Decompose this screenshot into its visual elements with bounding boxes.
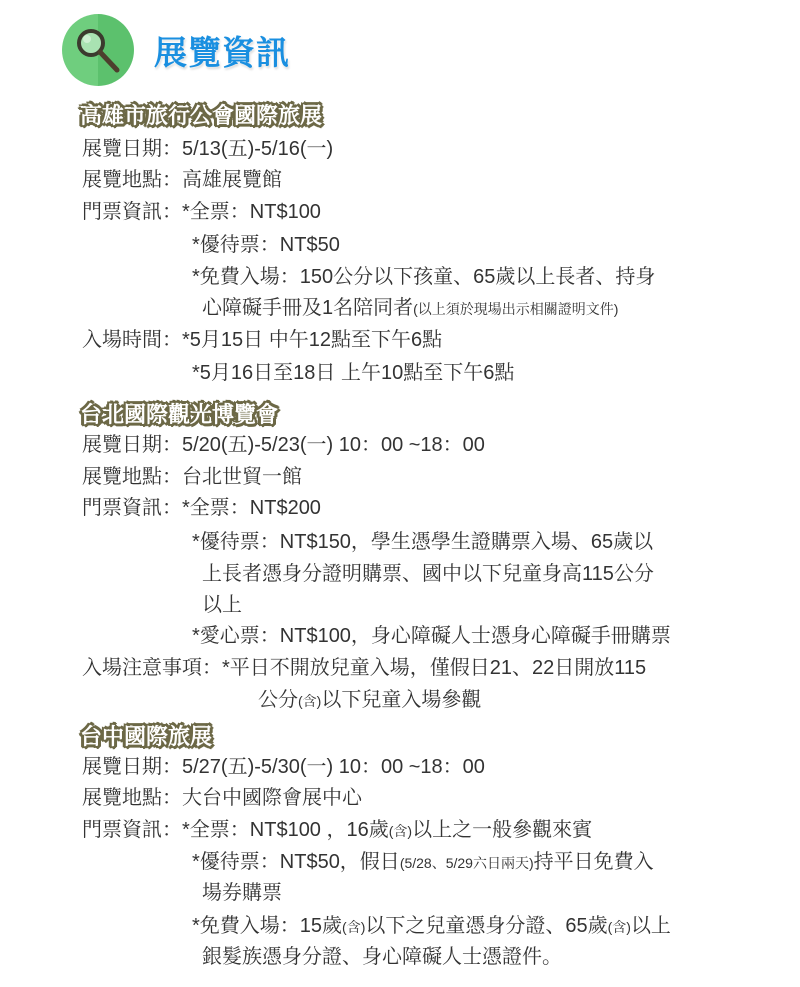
note: (含) — [608, 919, 631, 935]
row-label: 門票資訊： — [82, 200, 182, 224]
hours-item: *5月16日至18日 上午10點至下午6點 — [192, 361, 514, 385]
row-value: 台北世貿一館 — [182, 466, 302, 488]
row-value: *全票：NT$200 — [182, 497, 321, 519]
text: 以下兒童入場參觀 — [321, 689, 481, 711]
ticket-item: *免費入場：150公分以下孩童、65歲以上長者、持身 — [192, 265, 655, 289]
ticket-item-continued: 心障礙手冊及1名陪同者(以上須於現場出示相關證明文件) — [202, 296, 618, 321]
ticket-item: *愛心票：NT$100，身心障礙人士憑身心障礙手冊購票 — [192, 624, 671, 648]
text: *優待票：NT$50，假日 — [192, 851, 400, 873]
row-label: 展覽日期： — [82, 137, 182, 161]
ticket-item: *優待票：NT$150，學生憑學生證購票入場、65歲以 — [192, 530, 653, 554]
text: 以下之兒童憑身分證、65歲 — [365, 915, 607, 937]
row-label: 展覽日期： — [82, 755, 182, 779]
text: 持平日免費入 — [534, 851, 654, 873]
page-title: 展覽資訊 — [154, 27, 290, 74]
info-row-notes: 入場注意事項：*平日不開放兒童入場，僅假日21、22日開放115 — [82, 656, 646, 680]
row-value: *全票：NT$100 — [182, 201, 321, 223]
text: 以上 — [631, 915, 671, 937]
ticket-item: *免費入場：15歲(含)以下之兒童憑身分證、65歲(含)以上 — [192, 914, 671, 939]
row-value: 5/20(五)-5/23(一) 10：00 ~18：00 — [182, 434, 485, 456]
page-header: 展覽資訊 — [62, 14, 290, 86]
info-row-date: 展覽日期：5/13(五)-5/16(一) — [82, 137, 333, 161]
row-label: 展覽地點： — [82, 786, 182, 810]
notes-continued: 公分(含)以下兒童入場參觀 — [258, 688, 481, 713]
ticket-item: *優待票：NT$50，假日(5/28、5/29六日兩天)持平日免費入 — [192, 850, 654, 875]
text: *全票：NT$100 ，16歲 — [182, 819, 389, 841]
row-value: 大台中國際會展中心 — [182, 787, 362, 809]
row-label: 展覽日期： — [82, 433, 182, 457]
row-label: 門票資訊： — [82, 818, 182, 842]
text: 心障礙手冊及1名陪同者 — [202, 297, 413, 319]
section-heading-taichung: 台中國際旅展 — [80, 720, 212, 751]
info-row-date: 展覽日期：5/27(五)-5/30(一) 10：00 ~18：00 — [82, 755, 485, 779]
ticket-item-continued: 上長者憑身分證明購票、國中以下兒童身高115公分 — [202, 562, 654, 586]
info-row-tickets: 門票資訊：*全票：NT$100 — [82, 200, 321, 224]
info-row-hours: 入場時間：*5月15日 中午12點至下午6點 — [82, 328, 442, 352]
row-label: 入場注意事項： — [82, 656, 222, 680]
row-label: 展覽地點： — [82, 168, 182, 192]
text: 以上之一般參觀來賓 — [412, 819, 592, 841]
text: *免費入場：15歲 — [192, 915, 342, 937]
section-heading-taipei: 台北國際觀光博覽會 — [80, 398, 278, 429]
info-row-venue: 展覽地點：台北世貿一館 — [82, 465, 302, 489]
ticket-item: *優待票：NT$50 — [192, 233, 340, 257]
row-value: 5/27(五)-5/30(一) 10：00 ~18：00 — [182, 756, 485, 778]
row-value: *平日不開放兒童入場，僅假日21、22日開放115 — [222, 657, 646, 679]
row-value: 高雄展覽館 — [182, 169, 282, 191]
section-heading-kaohsiung: 高雄市旅行公會國際旅展 — [80, 99, 322, 130]
row-label: 門票資訊： — [82, 496, 182, 520]
note: (含) — [298, 693, 321, 709]
info-row-venue: 展覽地點：高雄展覽館 — [82, 168, 282, 192]
note: (5/28、5/29六日兩天) — [400, 855, 534, 871]
row-value: 5/13(五)-5/16(一) — [182, 138, 333, 160]
info-row-venue: 展覽地點：大台中國際會展中心 — [82, 786, 362, 810]
note: (以上須於現場出示相關證明文件) — [413, 301, 618, 317]
info-row-tickets: 門票資訊：*全票：NT$100 ，16歲(含)以上之一般參觀來賓 — [82, 818, 592, 843]
ticket-item-continued: 場券購票 — [202, 881, 282, 905]
info-row-date: 展覽日期：5/20(五)-5/23(一) 10：00 ~18：00 — [82, 433, 485, 457]
info-row-tickets: 門票資訊：*全票：NT$200 — [82, 496, 321, 520]
ticket-item-continued: 以上 — [202, 593, 242, 617]
note: (含) — [389, 823, 412, 839]
ticket-item-continued: 銀髮族憑身分證、身心障礙人士憑證件。 — [202, 945, 562, 969]
row-label: 入場時間： — [82, 328, 182, 352]
magnifier-icon — [62, 14, 134, 86]
text: 公分 — [258, 689, 298, 711]
row-value: *5月15日 中午12點至下午6點 — [182, 329, 442, 351]
note: (含) — [342, 919, 365, 935]
row-label: 展覽地點： — [82, 465, 182, 489]
